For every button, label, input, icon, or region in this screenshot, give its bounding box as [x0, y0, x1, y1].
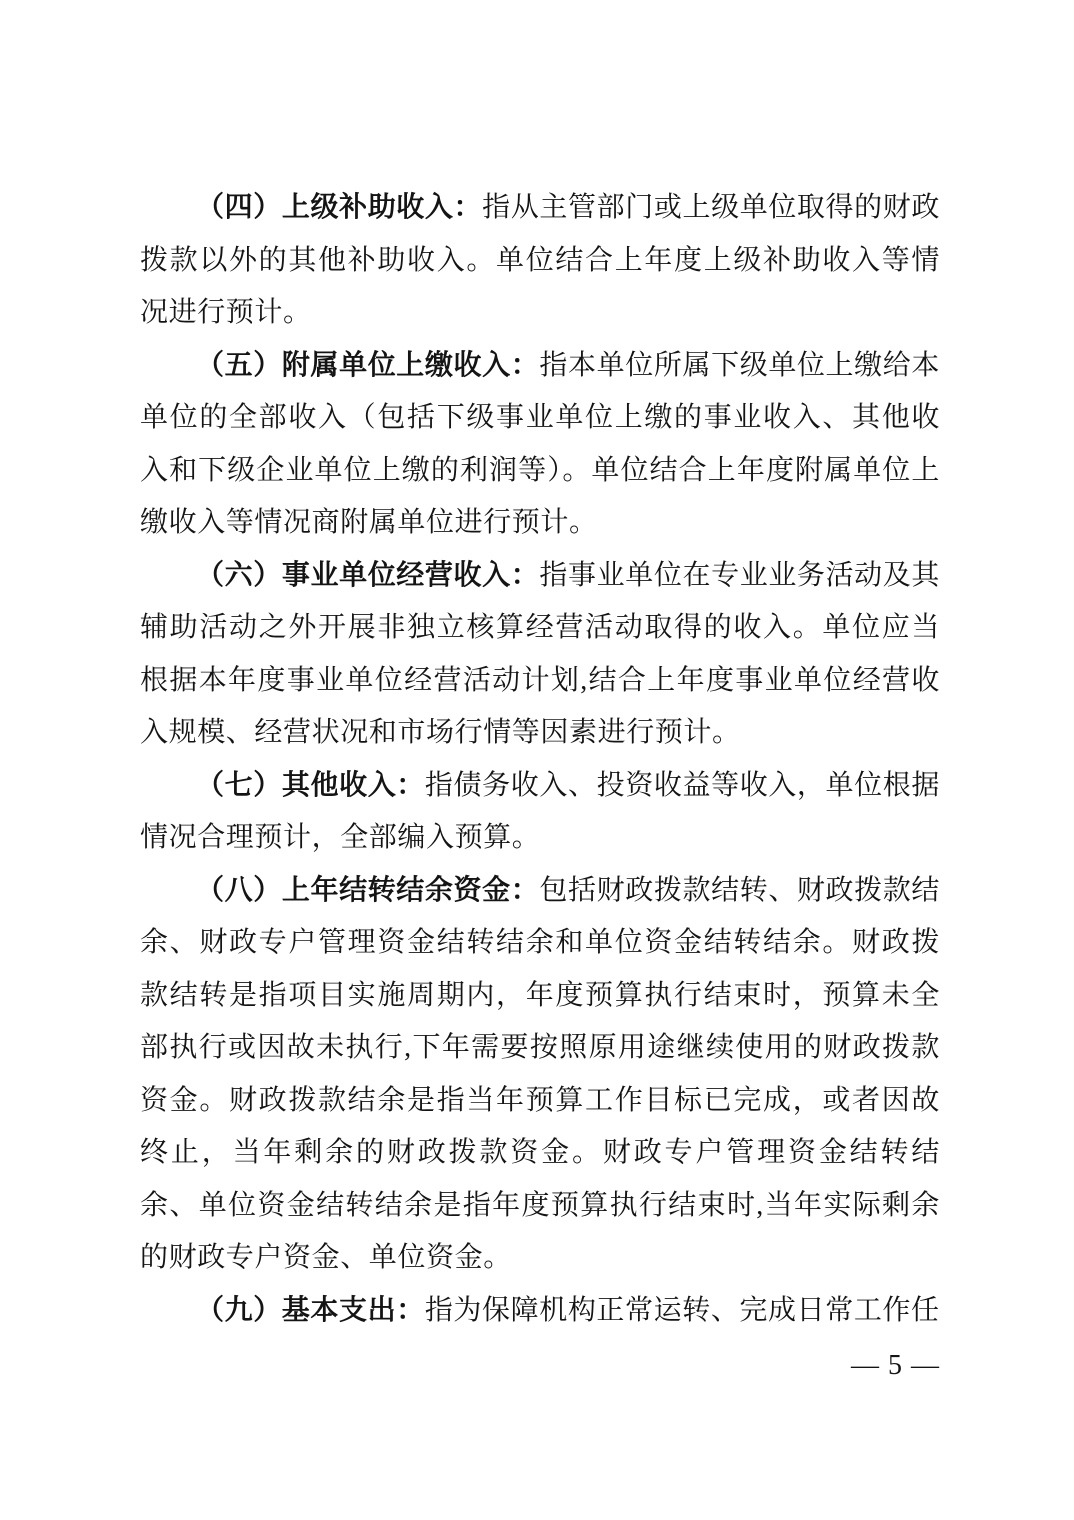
paragraph-6: （六）事业单位经营收入：指事业单位在专业业务活动及其辅助活动之外开展非独立核算经…	[140, 550, 940, 760]
paragraph-9-body: 指为保障机构正常运转、完成日常工作任	[425, 1295, 940, 1326]
paragraph-5: （五）附属单位上缴收入：指本单位所属下级单位上缴给本单位的全部收入（包括下级事业…	[140, 340, 940, 550]
paragraph-7-head: （七）其他收入：	[196, 770, 425, 801]
page-number: — 5 —	[851, 1340, 940, 1393]
paragraph-4: （四）上级补助收入：指从主管部门或上级单位取得的财政拨款以外的其他补助收入。单位…	[140, 182, 940, 340]
document-page: （四）上级补助收入：指从主管部门或上级单位取得的财政拨款以外的其他补助收入。单位…	[0, 0, 1074, 1520]
paragraph-4-head: （四）上级补助收入：	[196, 192, 482, 223]
paragraph-8-body: 包括财政拨款结转、财政拨款结余、财政专户管理资金结转结余和单位资金结转结余。财政…	[140, 875, 940, 1274]
paragraph-5-head: （五）附属单位上缴收入：	[196, 350, 539, 381]
paragraph-7: （七）其他收入：指债务收入、投资收益等收入，单位根据情况合理预计，全部编入预算。	[140, 760, 940, 865]
paragraph-8: （八）上年结转结余资金：包括财政拨款结转、财政拨款结余、财政专户管理资金结转结余…	[140, 865, 940, 1285]
paragraph-9: （九）基本支出：指为保障机构正常运转、完成日常工作任	[140, 1285, 940, 1338]
paragraph-9-head: （九）基本支出：	[196, 1295, 425, 1326]
paragraph-8-head: （八）上年结转结余资金：	[196, 875, 539, 906]
paragraph-6-head: （六）事业单位经营收入：	[196, 560, 539, 591]
